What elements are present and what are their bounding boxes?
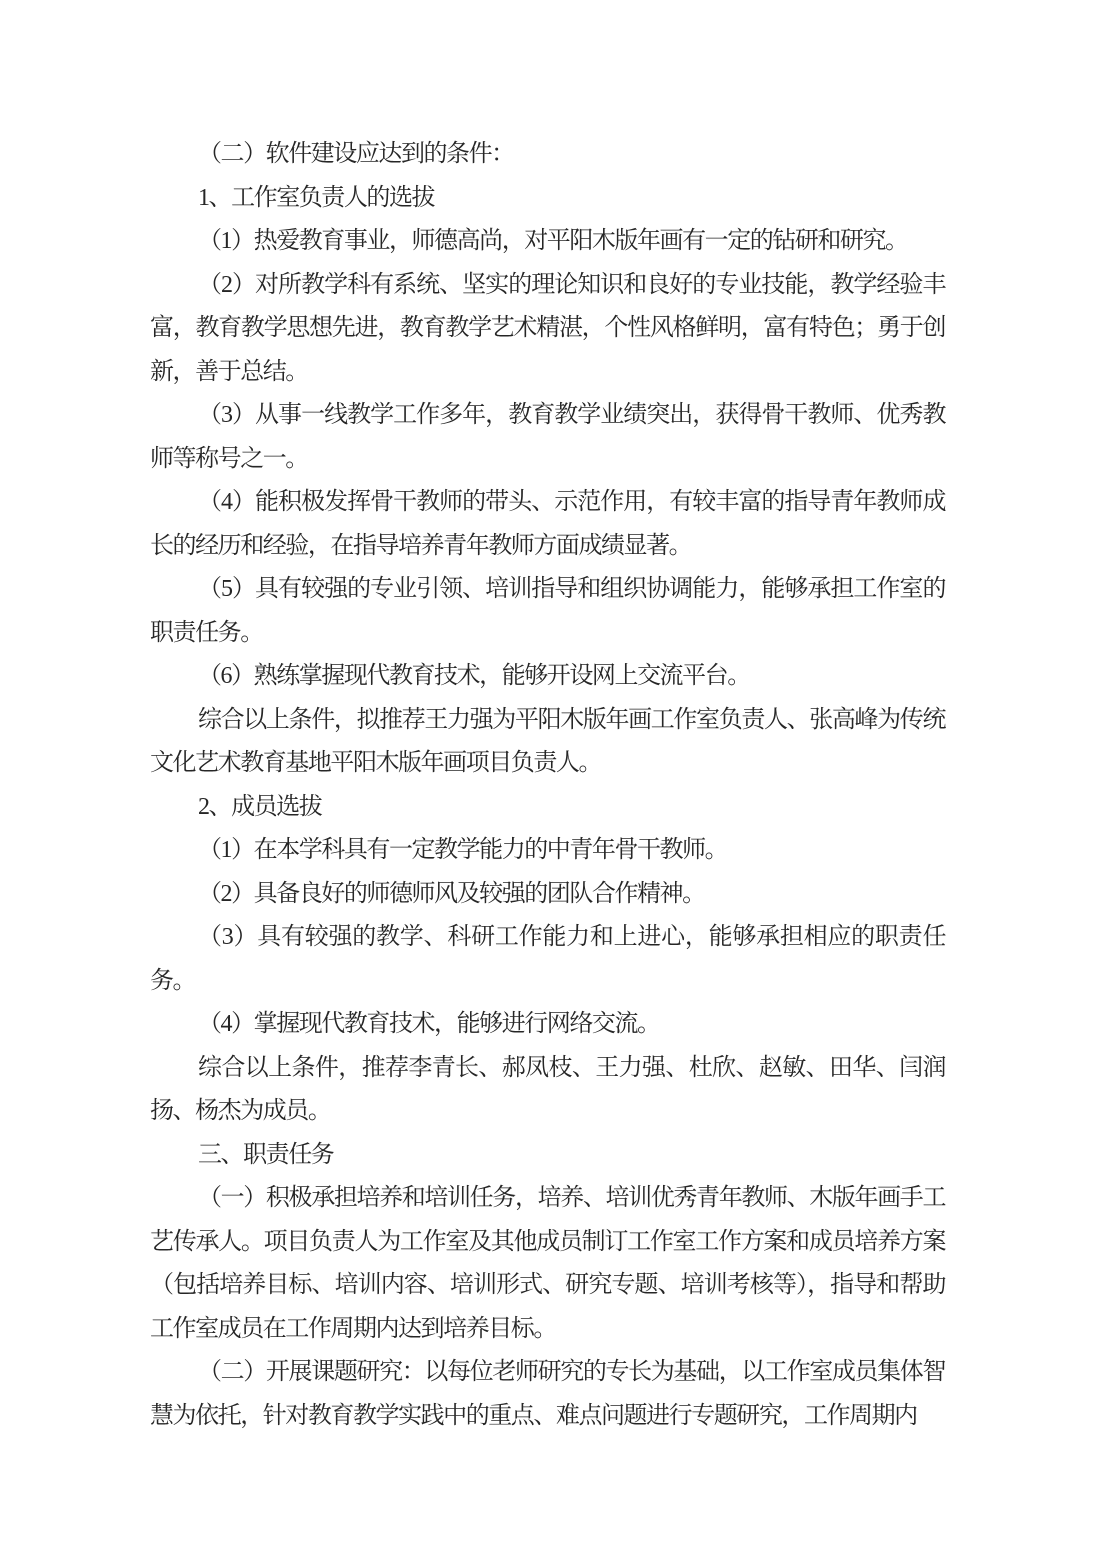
member-criteria-item-4: （4）掌握现代教育技术，能够进行网络交流。	[150, 1003, 945, 1047]
section-heading-duties: 三、职责任务	[150, 1134, 945, 1178]
duty-item-2: （二）开展课题研究：以每位老师研究的专长为基础，以工作室成员集体智慧为依托，针对…	[150, 1351, 945, 1438]
leader-criteria-item-5: （5）具有较强的专业引领、培训指导和组织协调能力，能够承担工作室的职责任务。	[150, 568, 945, 655]
duty-item-1: （一）积极承担培养和培训任务，培养、培训优秀青年教师、木版年画手工艺传承人。项目…	[150, 1177, 945, 1351]
document-body: （二）软件建设应达到的条件： 1、工作室负责人的选拔 （1）热爱教育事业，师德高…	[150, 133, 945, 1438]
leader-criteria-item-3: （3）从事一线教学工作多年，教育教学业绩突出，获得骨干教师、优秀教师等称号之一。	[150, 394, 945, 481]
member-recommendation-paragraph: 综合以上条件，推荐李青长、郝凤枝、王力强、杜欣、赵敏、田华、闫润扬、杨杰为成员。	[150, 1047, 945, 1134]
leader-recommendation-paragraph: 综合以上条件，拟推荐王力强为平阳木版年画工作室负责人、张高峰为传统文化艺术教育基…	[150, 699, 945, 786]
leader-criteria-item-4: （4）能积极发挥骨干教师的带头、示范作用，有较丰富的指导青年教师成长的经历和经验…	[150, 481, 945, 568]
member-criteria-item-2: （2）具备良好的师德师风及较强的团队合作精神。	[150, 873, 945, 917]
member-criteria-item-1: （1）在本学科具有一定教学能力的中青年骨干教师。	[150, 829, 945, 873]
leader-criteria-item-1: （1）热爱教育事业，师德高尚，对平阳木版年画有一定的钻研和研究。	[150, 220, 945, 264]
subheading-member-selection: 2、成员选拔	[150, 786, 945, 830]
document-page: （二）软件建设应达到的条件： 1、工作室负责人的选拔 （1）热爱教育事业，师德高…	[0, 0, 1102, 1559]
subsection-heading-software-criteria: （二）软件建设应达到的条件：	[150, 133, 945, 177]
member-criteria-item-3: （3）具有较强的教学、科研工作能力和上进心，能够承担相应的职责任务。	[150, 916, 945, 1003]
leader-criteria-item-2: （2）对所教学科有系统、坚实的理论知识和良好的专业技能，教学经验丰富，教育教学思…	[150, 264, 945, 395]
subheading-leader-selection: 1、工作室负责人的选拔	[150, 177, 945, 221]
leader-criteria-item-6: （6）熟练掌握现代教育技术，能够开设网上交流平台。	[150, 655, 945, 699]
